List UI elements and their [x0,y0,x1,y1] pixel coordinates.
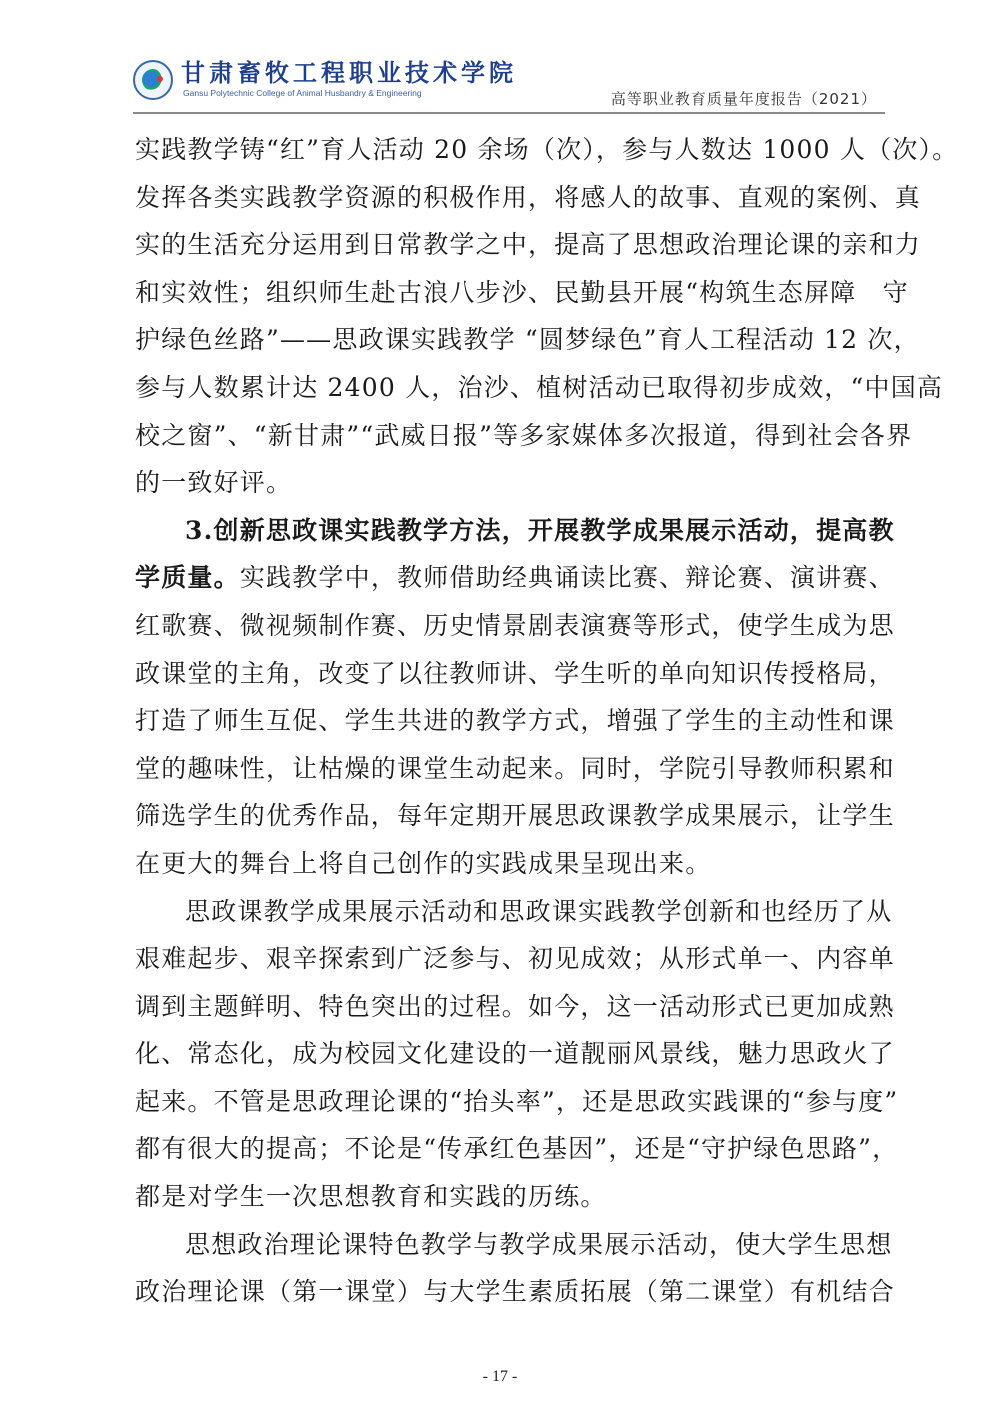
text-line: 实践教学铸“红”育人活动 20 余场（次），参与人数达 1000 人（次）。 [135,126,885,174]
text-line: 政治理论课（第一课堂）与大学生素质拓展（第二课堂）有机结合 [135,1268,885,1316]
page-number: - 17 - [0,1368,1000,1386]
text-line: 起来。不管是思政理论课的“抬头率”，还是思政实践课的“参与度” [135,1078,885,1126]
section-heading: 3.创新思政课实践教学方法，开展教学成果展示活动，提高教 [135,507,885,555]
text-line: 化、常态化，成为校园文化建设的一道靓丽风景线，魅力思政火了 [135,1030,885,1078]
text-line: 在更大的舞台上将自己创作的实践成果呈现出来。 [135,840,885,888]
text-line: 和实效性；组织师生赴古浪八步沙、民勤县开展“构筑生态屏障 守 [135,269,885,317]
text-line: 的一致好评。 [135,459,885,507]
text-line: 艰难起步、艰辛探索到广泛参与、初见成效；从形式单一、内容单 [135,935,885,983]
text-line: 参与人数累计达 2400 人，治沙、植树活动已取得初步成效，“中国高 [135,364,885,412]
text-line: 思想政治理论课特色教学与教学成果展示活动，使大学生思想 [135,1221,885,1269]
text-line: 发挥各类实践教学资源的积极作用，将感人的故事、直观的案例、真 [135,174,885,222]
text-line: 实的生活充分运用到日常教学之中，提高了思想政治理论课的亲和力 [135,221,885,269]
text-line: 筛选学生的优秀作品，每年定期开展思政课教学成果展示，让学生 [135,792,885,840]
document-body: 实践教学铸“红”育人活动 20 余场（次），参与人数达 1000 人（次）。 发… [135,126,885,1316]
text-line: 打造了师生互促、学生共进的教学方式，增强了学生的主动性和课 [135,697,885,745]
paragraph: 实践教学铸“红”育人活动 20 余场（次），参与人数达 1000 人（次）。 发… [135,126,885,507]
report-title: 高等职业教育质量年度报告（2021） [611,88,877,109]
page-header: 甘肃畜牧工程职业技术学院 Gansu Polytechnic College o… [133,58,885,110]
text-line: 都有很大的提高；不论是“传承红色基因”，还是“守护绿色思路”， [135,1125,885,1173]
paragraph: 3.创新思政课实践教学方法，开展教学成果展示活动，提高教 学质量。实践教学中，教… [135,507,885,888]
header-divider [133,112,885,114]
text-line: 红歌赛、微视频制作赛、历史情景剧表演赛等形式，使学生成为思 [135,602,885,650]
text-line: 政课堂的主角，改变了以往教师讲、学生听的单向知识传授格局， [135,650,885,698]
text-line: 堂的趣味性，让枯燥的课堂生动起来。同时，学院引导教师积累和 [135,745,885,793]
text-line: 调到主题鲜明、特色突出的过程。如今，这一活动形式已更加成熟 [135,983,885,1031]
text-line: 护绿色丝路”——思政课实践教学 “圆梦绿色”育人工程活动 12 次， [135,316,885,364]
section-heading-continued: 学质量。 [135,563,240,592]
college-name-cn: 甘肃畜牧工程职业技术学院 [181,60,517,86]
paragraph: 思政课教学成果展示活动和思政课实践教学创新和也经历了从 艰难起步、艰辛探索到广泛… [135,888,885,1221]
college-emblem-icon [133,60,173,100]
paragraph: 思想政治理论课特色教学与教学成果展示活动，使大学生思想 政治理论课（第一课堂）与… [135,1221,885,1316]
text-line: 都是对学生一次思想教育和实践的历练。 [135,1173,885,1221]
text-line: 思政课教学成果展示活动和思政课实践教学创新和也经历了从 [135,888,885,936]
text-line: 校之窗”、“新甘肃”“武威日报”等多家媒体多次报道，得到社会各界 [135,412,885,460]
text-line: 学质量。实践教学中，教师借助经典诵读比赛、辩论赛、演讲赛、 [135,554,885,602]
college-name-en: Gansu Polytechnic College of Animal Husb… [183,88,422,98]
text-span: 实践教学中，教师借助经典诵读比赛、辩论赛、演讲赛、 [240,563,895,592]
